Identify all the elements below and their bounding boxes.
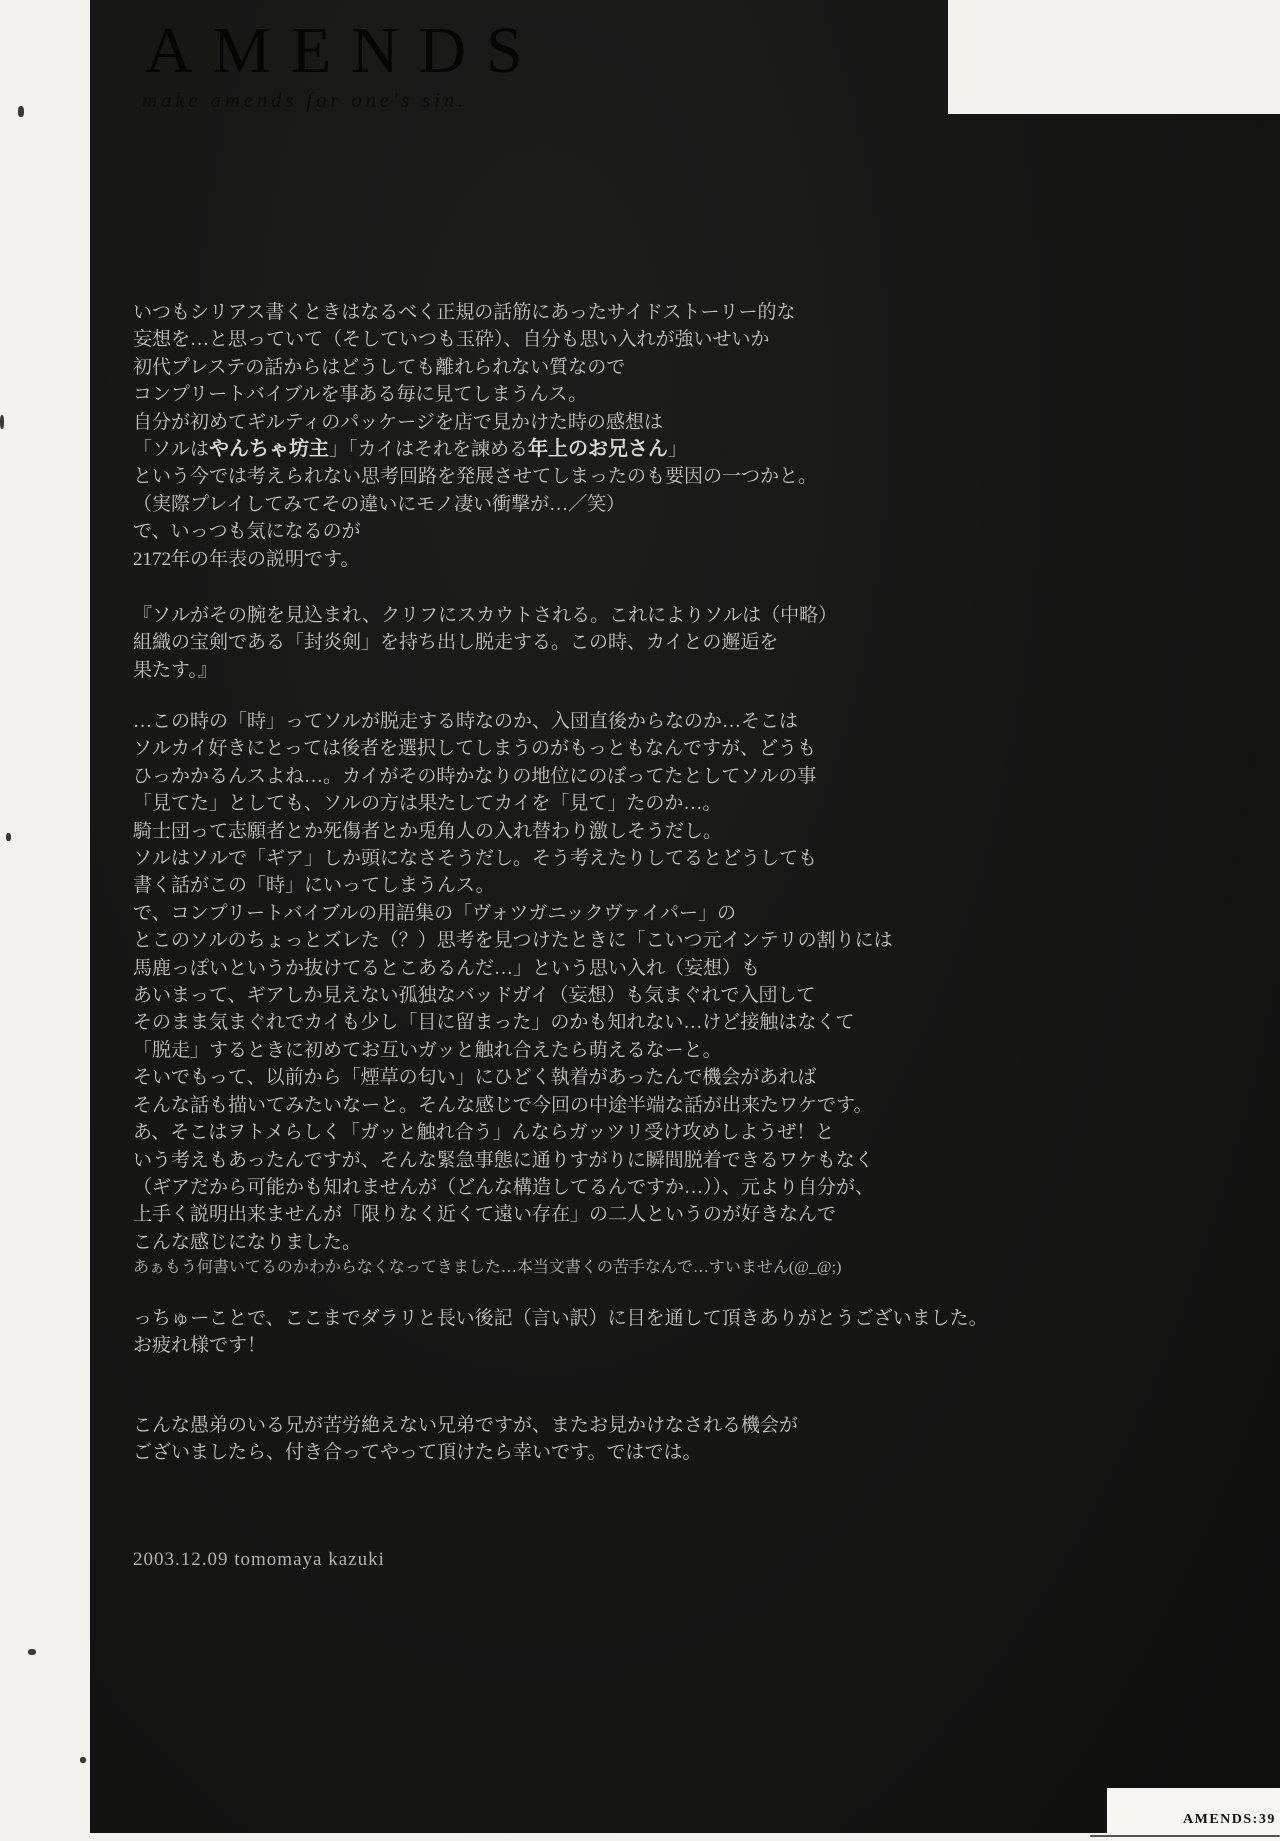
text-segment: 書く話がこの「時」にいってしまうんス。 [133,875,495,896]
text-line: あいまって、ギアしか見えない孤独なバッドガイ（妄想）も気まぐれで入団して [133,982,973,1009]
text-segment: 「ソルは [133,439,209,460]
scan-speck [28,1649,36,1655]
scan-speck [6,833,11,841]
text-line: そいでもって、以前から「煙草の匂い」にひどく執着があったんで機会があれば [133,1064,973,1091]
text-line: で、コンプリートバイブルの用語集の「ヴォツガニックヴァイパー」の [133,900,973,927]
text-line: で、いっつも気になるのが [133,518,973,545]
text-segment: いう考えもあったんですが、そんな緊急事態に通りすがりに瞬間脱着できるワケもなく [133,1150,874,1171]
scan-speck [18,106,24,117]
text-line: という今では考えられない思考回路を発展させてしまったのも要因の一つかと。 [133,463,973,490]
text-segment: ございましたら、付き合ってやって頂けたら幸いです。ではでは。 [133,1442,701,1463]
text-segment: コンプリートバイブルを事ある毎に見てしまうんス。 [133,384,587,405]
text-segment: こんな愚弟のいる兄が苦労絶えない兄弟ですが、またお見かけなされる機会が [133,1415,798,1436]
text-segment: 」「カイはそれを諫める [329,439,528,460]
text-line: …この時の「時」ってソルが脱走する時なのか、入団直後からなのか…そこは [133,708,973,735]
afterword-paragraph-quote: 『ソルがその腕を見込まれ、クリフにスカウトされる。これによりソルは（中略）組織の… [133,602,973,684]
scan-speck [80,1757,86,1763]
text-segment: で、いっつも気になるのが [133,521,361,542]
afterword-paragraph-intro: いつもシリアス書くときはなるべく正規の話筋にあったサイドストーリー的な妄想を…と… [133,299,973,573]
text-segment: という今では考えられない思考回路を発展させてしまったのも要因の一つかと。 [133,466,817,487]
page: { "page": { "title": "AMENDS", "subtitle… [0,0,1280,1841]
text-line: 自分が初めてギルティのパッケージを店で見かけた時の感想は [133,409,973,436]
text-line: 2172年の年表の説明です。 [133,546,973,573]
text-line: あぁもう何書いてるのかわからなくなってきました…本当文書くの苦手なんで…すいませ… [133,1256,973,1280]
text-segment: ソルカイ好きにとっては後者を選択してしまうのがもっともなんですが、どうも [133,738,816,759]
text-segment: 騎士団って志願者とか死傷者とか兎角人の入れ替わり激しそうだし。 [133,821,722,842]
text-segment: ひっかかるんスよね…。カイがその時かなりの地位にのぼってたとしてソルの事 [133,766,816,787]
text-line: お疲れ様です！ [133,1332,973,1359]
text-line: 『ソルがその腕を見込まれ、クリフにスカウトされる。これによりソルは（中略） [133,602,973,629]
page-bottom-edge-line [1090,1835,1280,1837]
text-line: 上手く説明出来ませんが「限りなく近くて遠い存在」の二人というのが好きなんで [133,1201,973,1228]
scanned-page: AMENDS make amends for one's sin. いつもシリア… [90,0,1280,1833]
text-line: そのまま気まぐれでカイも少し「目に留まった」のかも知れない…けど接触はなくて [133,1009,973,1036]
date-signature: 2003.12.09 tomomaya kazuki [133,1549,385,1571]
text-segment: ソルはソルで「ギア」しか頭になさそうだし。そう考えたりしてるとどうしても [133,848,817,869]
afterword-paragraph-closing: こんな愚弟のいる兄が苦労絶えない兄弟ですが、またお見かけなされる機会がございまし… [133,1412,973,1467]
text-segment: お疲れ様です！ [133,1335,266,1356]
text-segment: 」 [668,439,687,460]
text-segment: いつもシリアス書くときはなるべく正規の話筋にあったサイドストーリー的な [133,302,796,323]
text-line: 馬鹿っぽいというか抜けてるとこあるんだ…」という思い入れ（妄想）も [133,955,973,982]
text-line: （実際プレイしてみてその違いにモノ凄い衝撃が…／笑） [133,491,973,518]
page-margin-bottom-right: AMENDS:39 [1107,1788,1280,1841]
text-segment: 上手く説明出来ませんが「限りなく近くて遠い存在」の二人というのが好きなんで [133,1204,836,1225]
text-segment: （ギアだから可能かも知れませんが（どんな構造してるんですか…））、元より自分が、 [133,1177,874,1198]
text-segment: で、コンプリートバイブルの用語集の「ヴォツガニックヴァイパー」の [133,903,736,924]
text-line: こんな感じになりました。 [133,1229,973,1256]
text-line: ソルカイ好きにとっては後者を選択してしまうのがもっともなんですが、どうも [133,735,973,762]
text-line: いう考えもあったんですが、そんな緊急事態に通りすがりに瞬間脱着できるワケもなく [133,1147,973,1174]
text-line: 書く話がこの「時」にいってしまうんス。 [133,872,973,899]
text-line: ございましたら、付き合ってやって頂けたら幸いです。ではでは。 [133,1439,973,1466]
text-segment: あぁもう何書いてるのかわからなくなってきました…本当文書くの苦手なんで…すいませ… [133,1259,841,1276]
scan-speck [0,415,4,429]
text-line: ひっかかるんスよね…。カイがその時かなりの地位にのぼってたとしてソルの事 [133,763,973,790]
text-line: 初代プレステの話からはどうしても離れられない質なので [133,354,973,381]
text-segment: 『ソルがその腕を見込まれ、クリフにスカウトされる。これによりソルは（中略） [133,605,837,626]
page-title: AMENDS [145,18,543,84]
text-segment: 「見てた」としても、ソルの方は果たしてカイを「見て」たのか…。 [133,793,721,814]
text-segment: 自分が初めてギルティのパッケージを店で見かけた時の感想は [133,412,663,433]
text-segment: 馬鹿っぽいというか抜けてるとこあるんだ…」という思い入れ（妄想）も [133,958,760,979]
page-margin-top-right [948,0,1280,114]
text-segment: （実際プレイしてみてその違いにモノ凄い衝撃が…／笑） [133,494,625,515]
text-line: いつもシリアス書くときはなるべく正規の話筋にあったサイドストーリー的な [133,299,973,326]
text-segment: あ、そこはヲトメらしく「ガッと触れ合う」んならガッツリ受け攻めしようぜ！と [133,1122,834,1143]
text-line: 果たす。』 [133,657,973,684]
text-segment: 2172年の年表の説明です。 [133,549,359,570]
text-line: 「見てた」としても、ソルの方は果たしてカイを「見て」たのか…。 [133,790,973,817]
page-subtitle: make amends for one's sin. [142,88,467,113]
text-line: 騎士団って志願者とか死傷者とか兎角人の入れ替わり激しそうだし。 [133,818,973,845]
text-line: そんな話も描いてみたいなーと。そんな感じで今回の中途半端な話が出来たワケです。 [133,1092,973,1119]
text-segment: こんな感じになりました。 [133,1232,361,1253]
text-line: （ギアだから可能かも知れませんが（どんな構造してるんですか…））、元より自分が、 [133,1174,973,1201]
text-line: こんな愚弟のいる兄が苦労絶えない兄弟ですが、またお見かけなされる機会が [133,1412,973,1439]
text-segment: …この時の「時」ってソルが脱走する時なのか、入団直後からなのか…そこは [133,711,798,732]
text-line: っちゅーことで、ここまでダラリと長い後記（言い訳）に目を通して頂きありがとうござ… [133,1305,973,1332]
text-segment: 組織の宝剣である「封炎剣」を持ち出し脱走する。この時、カイとの邂逅を [133,632,778,653]
text-line: 「ソルはやんちゃ坊主」「カイはそれを諫める年上のお兄さん」 [133,436,973,463]
afterword-paragraph-main: …この時の「時」ってソルが脱走する時なのか、入団直後からなのか…そこはソルカイ好… [133,708,973,1280]
page-number-label: AMENDS:39 [1183,1812,1276,1828]
text-segment: そんな話も描いてみたいなーと。そんな感じで今回の中途半端な話が出来たワケです。 [133,1095,872,1116]
text-line: 組織の宝剣である「封炎剣」を持ち出し脱走する。この時、カイとの邂逅を [133,629,973,656]
text-segment: そのまま気まぐれでカイも少し「目に留まった」のかも知れない…けど接触はなくて [133,1012,854,1033]
text-segment: 「脱走」するときに初めてお互いガッと触れ合えたら萌えるなーと。 [133,1040,722,1061]
bold-text-segment: 年上のお兄さん [528,438,668,460]
bold-text-segment: やんちゃ坊主 [209,438,329,460]
text-segment: あいまって、ギアしか見えない孤独なバッドガイ（妄想）も気まぐれで入団して [133,985,815,1006]
text-segment: 妄想を…と思っていて（そしていつも玉砕）、自分も思い入れが強いせいか [133,329,770,350]
text-line: ソルはソルで「ギア」しか頭になさそうだし。そう考えたりしてるとどうしても [133,845,973,872]
text-line: コンプリートバイブルを事ある毎に見てしまうんス。 [133,381,973,408]
text-segment: 初代プレステの話からはどうしても離れられない質なので [133,357,625,378]
afterword-paragraph-thanks: っちゅーことで、ここまでダラリと長い後記（言い訳）に目を通して頂きありがとうござ… [133,1305,973,1360]
text-line: 「脱走」するときに初めてお互いガッと触れ合えたら萌えるなーと。 [133,1037,973,1064]
text-segment: そいでもって、以前から「煙草の匂い」にひどく執着があったんで機会があれば [133,1067,816,1088]
text-line: あ、そこはヲトメらしく「ガッと触れ合う」んならガッツリ受け攻めしようぜ！と [133,1119,973,1146]
text-line: とこのソルのちょっとズレた（？）思考を見つけたときに「こいつ元インテリの割りには [133,927,973,954]
text-segment: 果たす。』 [133,660,217,681]
text-segment: とこのソルのちょっとズレた（？）思考を見つけたときに「こいつ元インテリの割りには [133,930,893,951]
text-line: 妄想を…と思っていて（そしていつも玉砕）、自分も思い入れが強いせいか [133,326,973,353]
text-segment: っちゅーことで、ここまでダラリと長い後記（言い訳）に目を通して頂きありがとうござ… [133,1308,988,1329]
